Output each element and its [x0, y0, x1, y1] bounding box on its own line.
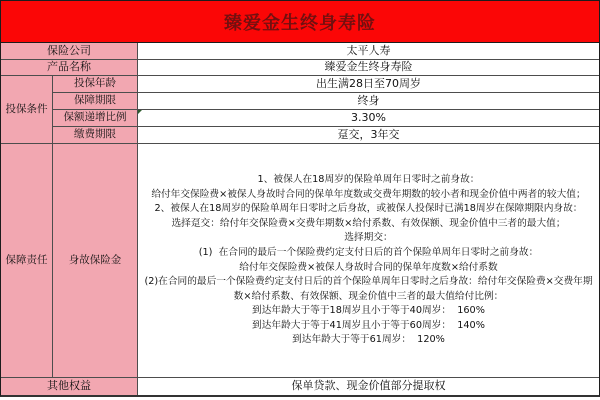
- clause-line: (2)在合同的最后一个保险费约定支付日后的首个保险单周年日零时之后身故：给付年交…: [140, 275, 597, 290]
- insurance-product-sheet: 臻爱金生终身寿险 保险公司 太平人寿 产品名称 臻爱金生终身寿险 投保条件 投保…: [0, 0, 600, 400]
- clause-line: 1、被保人在18周岁的保险单周年日零时之前身故：: [140, 173, 597, 188]
- clause-line: (1) 在合同的最后一个保险费约定支付日后的首个保险单周年日零时之前身故：: [140, 246, 597, 261]
- clause-line: 给付年交保险费×被保人身故时合同的保单年度数或交费年期数的较小者和现金价值中两者…: [140, 188, 597, 203]
- company-value: 太平人寿: [138, 43, 599, 60]
- clause-line: 数×给付系数、有效保额、现金价值中三者的最大值给付比例：: [140, 290, 597, 305]
- clause-line: 2、被保人在18周岁的保险单周年日零时之后身故，或被保人投保时已满18周岁在保障…: [140, 202, 597, 217]
- page-title: 臻爱金生终身寿险: [224, 9, 376, 35]
- title-banner: 臻爱金生终身寿险: [0, 0, 600, 43]
- clause-line: 选择期交：: [140, 231, 597, 246]
- product-name-label: 产品名称: [1, 60, 138, 76]
- clause-line: 到达年龄大于等于41周岁且小于等于60周岁： 140%: [140, 319, 597, 334]
- death-benefit-label: 身故保险金: [53, 144, 138, 378]
- product-table: 保险公司 太平人寿 产品名称 臻爱金生终身寿险 投保条件 投保年龄 出生满28日…: [0, 43, 600, 397]
- comment-marker-icon: [138, 110, 142, 114]
- clause-line: 给付年交保险费×被保人身故时合同的保单年度数×给付系数: [140, 261, 597, 276]
- increase-rate-value: 3.30%: [138, 110, 599, 127]
- conditions-group-label: 投保条件: [1, 76, 53, 144]
- entry-age-value: 出生满28日至70周岁: [138, 76, 599, 93]
- other-rights-value: 保单贷款、现金价值部分提取权: [138, 378, 599, 395]
- product-name-value: 臻爱金生终身寿险: [138, 60, 599, 76]
- company-label: 保险公司: [1, 43, 138, 60]
- coverage-term-label: 保障期限: [53, 93, 138, 110]
- payment-term-label: 缴费期限: [53, 127, 138, 144]
- clause-line: 到达年龄大于等于61周岁： 120%: [140, 333, 597, 348]
- increase-rate-label: 保额递增比例: [53, 110, 138, 127]
- increase-rate-text: 3.30%: [351, 112, 386, 124]
- death-benefit-clause: 1、被保人在18周岁的保险单周年日零时之前身故：给付年交保险费×被保人身故时合同…: [138, 144, 599, 378]
- clause-line: 到达年龄大于等于18周岁且小于等于40周岁： 160%: [140, 304, 597, 319]
- liability-group-label: 保障责任: [1, 144, 53, 378]
- entry-age-label: 投保年龄: [53, 76, 138, 93]
- payment-term-value: 趸交，3年交: [138, 127, 599, 144]
- clause-line: 选择趸交：给付年交保险费×交费年期数×给付系数、有效保额、现金价值中三者的最大值…: [140, 217, 597, 232]
- other-rights-label: 其他权益: [1, 378, 138, 395]
- coverage-term-value: 终身: [138, 93, 599, 110]
